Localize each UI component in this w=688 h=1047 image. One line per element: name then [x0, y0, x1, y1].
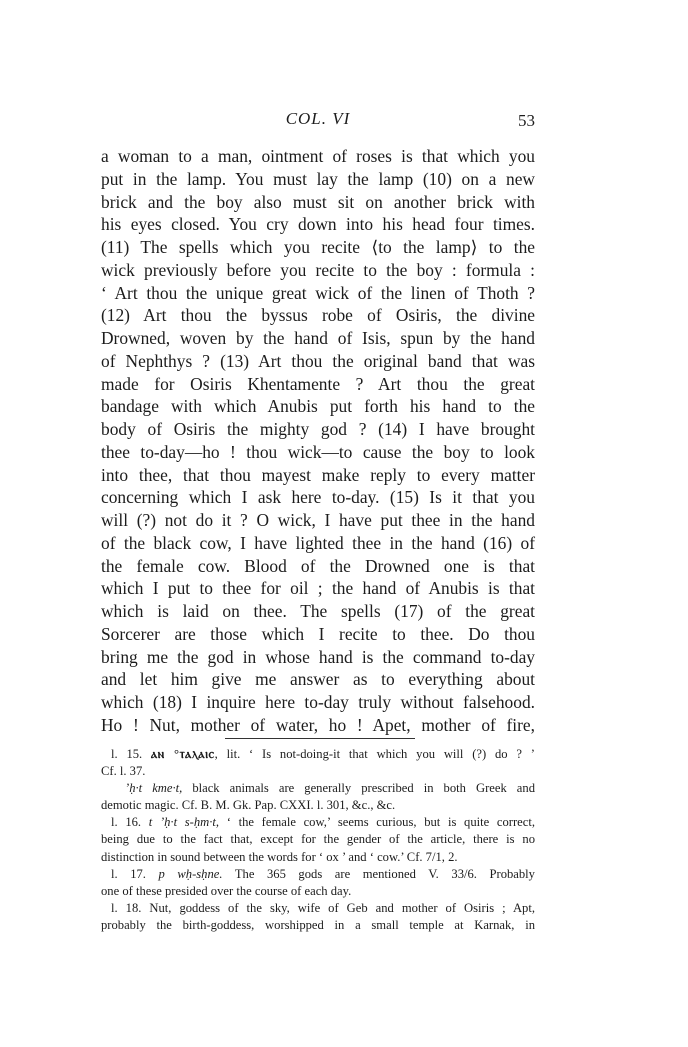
body-line: into thee, that thou mayest make reply t… — [101, 464, 535, 487]
footnote-l15: l. 15. ⲁⲛ °ⲧⲁⲗⲁⲓⲥ, lit. ‘ Is not-doing-i… — [101, 746, 535, 763]
body-line: a woman to a man, ointment of roses is t… — [101, 145, 535, 168]
body-line: (12) Art thou the byssus robe of Osiris,… — [101, 304, 535, 327]
footnote-text: ‘ the female cow,’ seems curious, but is… — [219, 815, 535, 829]
body-line: which (18) I inquire here to-day truly w… — [101, 691, 535, 714]
body-line: bring me the god in whose hand is the co… — [101, 646, 535, 669]
body-line: his eyes closed. You cry down into his h… — [101, 213, 535, 236]
footnote-term: ’ḥ·t kme·t, — [125, 781, 182, 795]
footnote-term: p wḥ-sḥne. — [159, 867, 223, 881]
coptic-text: ⲁⲛ °ⲧⲁⲗⲁⲓⲥ — [151, 747, 215, 761]
body-line: Sorcerer are those which I recite to the… — [101, 623, 535, 646]
footnote-l16-cont: distinction in sound between the words f… — [101, 849, 535, 866]
body-line: put in the lamp. You must lay the lamp (… — [101, 168, 535, 191]
body-line: the female cow. Blood of the Drowned one… — [101, 555, 535, 578]
body-text: a woman to a man, ointment of roses is t… — [101, 145, 535, 737]
body-line: concerning which I ask here to-day. (15)… — [101, 486, 535, 509]
footnote-l18-cont: probably the birth-goddess, worshipped i… — [101, 917, 535, 934]
footnote-term: t ’ḥ·t s-ḥm·t, — [149, 815, 219, 829]
body-line: (11) The spells which you recite ⟨to the… — [101, 236, 535, 259]
footnote-l15b-cont: demotic magic. Cf. B. M. Gk. Pap. CXXI. … — [101, 797, 535, 814]
footnote-l16-cont: being due to the fact that, except for t… — [101, 831, 535, 848]
body-line: body of Osiris the mighty god ? (14) I h… — [101, 418, 535, 441]
footnote-l15b: ’ḥ·t kme·t, black animals are generally … — [101, 780, 535, 797]
footnote-text: Nut, goddess of the sky, wife of Geb and… — [141, 901, 535, 915]
body-line: which is laid on thee. The spells (17) o… — [101, 600, 535, 623]
footnote-l16: l. 16. t ’ḥ·t s-ḥm·t, ‘ the female cow,’… — [101, 814, 535, 831]
running-head: COL. VI 53 — [101, 109, 535, 131]
footnote-text: The 365 gods are mentioned V. 33/6. Prob… — [223, 867, 535, 881]
footnotes: l. 15. ⲁⲛ °ⲧⲁⲗⲁⲓⲥ, lit. ‘ Is not-doing-i… — [101, 746, 535, 934]
body-line: brick and the boy also must sit on anoth… — [101, 191, 535, 214]
body-line: Drowned, woven by the hand of Isis, spun… — [101, 327, 535, 350]
footnote-text: , lit. ‘ Is not-doing-it that which you … — [215, 747, 535, 761]
body-line: bandage with which Anubis put forth his … — [101, 395, 535, 418]
body-line: made for Osiris Khentamente ? Art thou t… — [101, 373, 535, 396]
body-line: Ho ! Nut, mother of water, ho ! Apet, mo… — [101, 714, 535, 737]
footnote-ref: l. 15. — [111, 747, 142, 761]
column-title: COL. VI — [101, 109, 535, 129]
body-line: will (?) not do it ? O wick, I have put … — [101, 509, 535, 532]
page-number: 53 — [518, 111, 535, 131]
body-line: wick previously before you recite to the… — [101, 259, 535, 282]
body-line: of Nephthys ? (13) Art thou the original… — [101, 350, 535, 373]
footnote-l17: l. 17. p wḥ-sḥne. The 365 gods are menti… — [101, 866, 535, 883]
body-line: and let him give me answer as to everyth… — [101, 668, 535, 691]
body-line: ‘ Art thou the unique great wick of the … — [101, 282, 535, 305]
footnote-l17-cont: one of these presided over the course of… — [101, 883, 535, 900]
body-line: of the black cow, I have lighted thee in… — [101, 532, 535, 555]
footnote-l18: l. 18. Nut, goddess of the sky, wife of … — [101, 900, 535, 917]
body-line: thee to-day—ho ! thou wick—to cause the … — [101, 441, 535, 464]
footnote-l15-cont: Cf. l. 37. — [101, 763, 535, 780]
footnote-separator-rule — [225, 738, 415, 739]
body-line: which I put to thee for oil ; the hand o… — [101, 577, 535, 600]
footnote-ref: l. 16. — [111, 815, 141, 829]
footnote-ref: l. 17. — [111, 867, 146, 881]
footnote-ref: l. 18. — [111, 901, 141, 915]
footnote-text: black animals are generally prescribed i… — [182, 781, 535, 795]
